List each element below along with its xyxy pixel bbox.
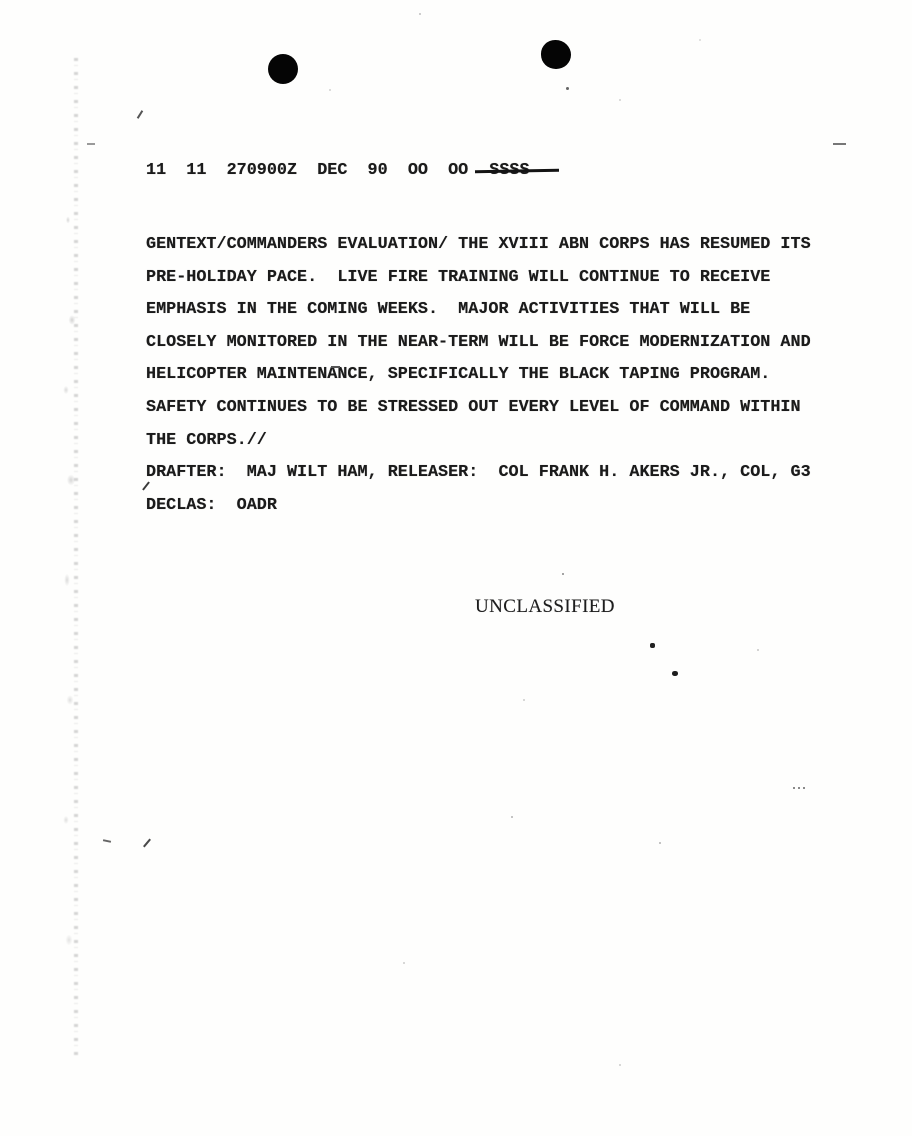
scan-speck [833,143,846,145]
scan-speck [87,143,95,145]
scan-speck [650,643,655,648]
document-page: 11 11 270900Z DEC 90 OO OOSSSS GENTEXT/C… [0,0,912,1136]
scan-speck [143,839,151,848]
hole-punch-dot-left [268,54,298,84]
body-line-drafter: DRAFTER: MAJ WILT HAM, RELEASER: COL FRA… [146,457,811,490]
scan-speck [562,573,564,575]
hole-punch-dot-right [541,40,571,69]
scan-speck [672,671,678,676]
scan-speck [566,87,569,90]
scan-speck [137,110,143,119]
scan-speck [103,839,111,843]
body-line: PRE-HOLIDAY PACE. LIVE FIRE TRAINING WIL… [146,262,811,295]
body-line: THE CORPS.// [146,425,811,458]
scan-speck [793,787,807,789]
message-header-line: 11 11 270900Z DEC 90 OO OOSSSS [146,161,530,180]
body-line: EMPHASIS IN THE COMING WEEKS. MAJOR ACTI… [146,294,811,327]
message-body: GENTEXT/COMMANDERS EVALUATION/ THE XVIII… [146,229,811,522]
body-line: SAFETY CONTINUES TO BE STRESSED OUT EVER… [146,392,811,425]
body-line: GENTEXT/COMMANDERS EVALUATION/ THE XVIII… [146,229,811,262]
struck-classification-code: SSSS [489,161,529,180]
classification-marking: UNCLASSIFIED [475,596,615,618]
body-line: HELICOPTER MAINTENANCE, SPECIFICALLY THE… [146,359,811,392]
scan-speck [331,366,340,368]
body-line-declas: DECLAS: OADR [146,490,811,523]
header-date-time-group: 11 11 270900Z DEC 90 OO OO [146,161,468,180]
body-line: CLOSELY MONITORED IN THE NEAR-TERM WILL … [146,327,811,360]
left-edge-scan-speckles [58,60,88,1050]
